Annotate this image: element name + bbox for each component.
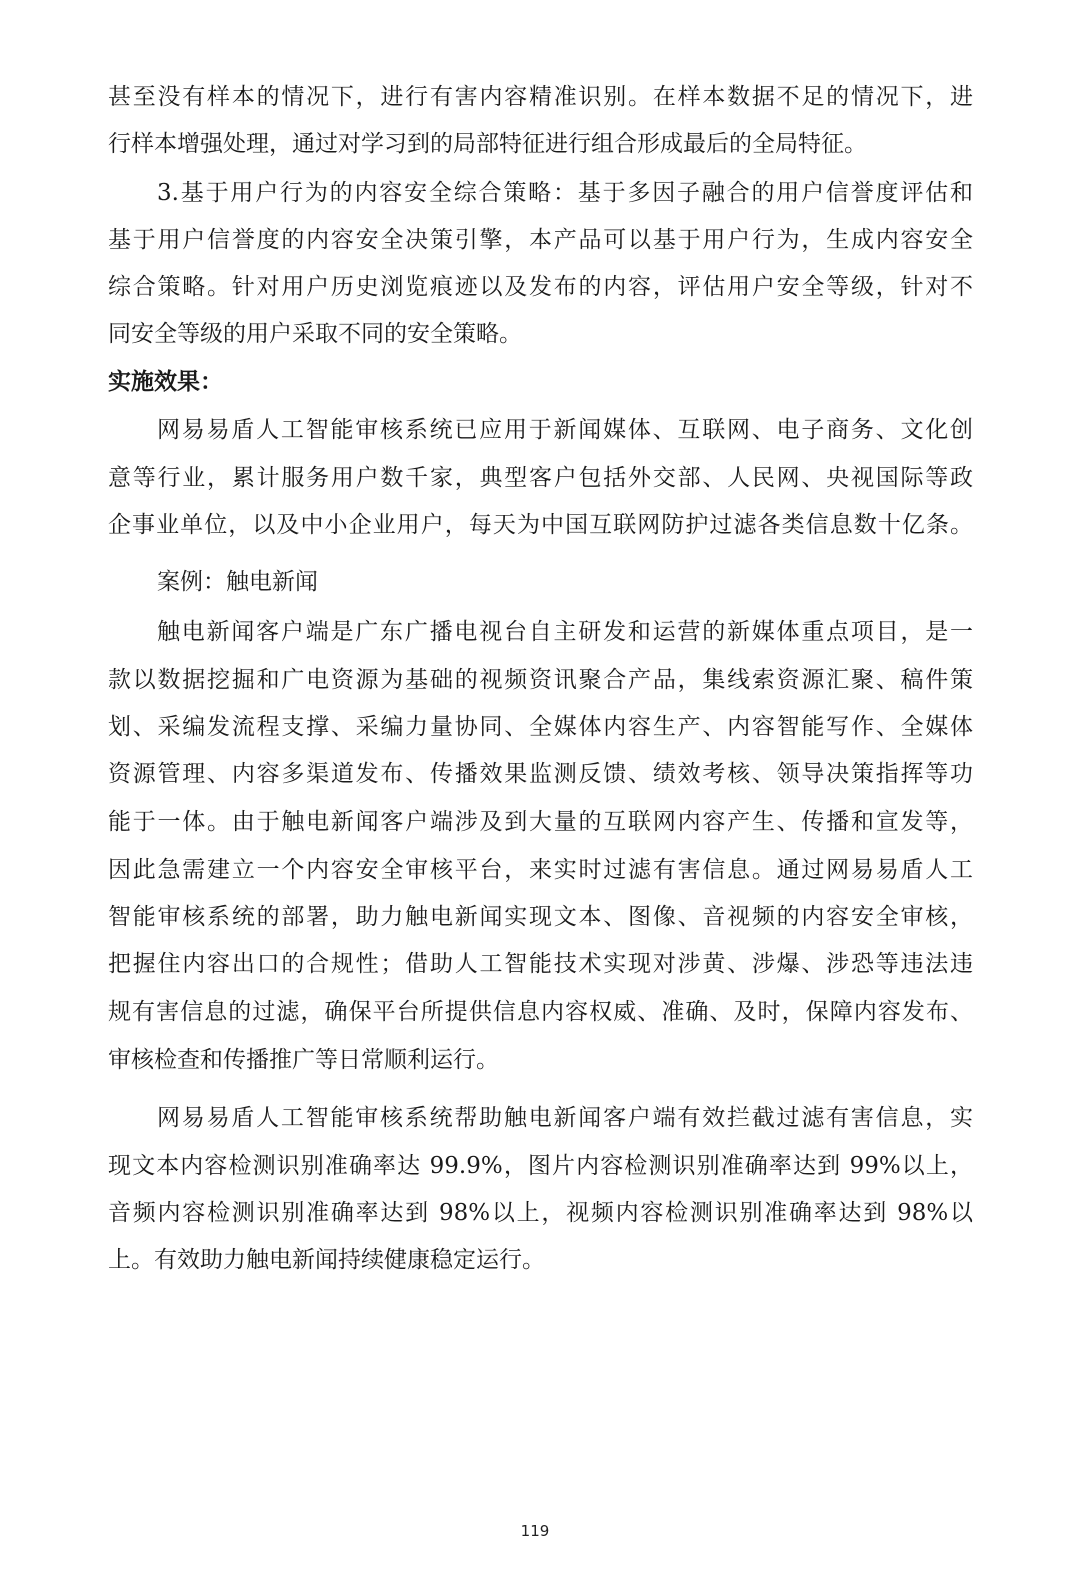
- document-page: 甚至没有样本的情况下，进行有害内容精准识别。在样本数据不足的情况下，进 行样本增…: [0, 0, 1070, 1570]
- page-number: 119: [0, 1522, 1070, 1540]
- paragraph-2-line-2: 基于用户信誉度的内容安全决策引擎，本产品可以基于用户行为，生成内容安全: [108, 220, 973, 260]
- case-label: 案例：触电新闻: [157, 562, 973, 602]
- paragraph-1-line-1: 甚至没有样本的情况下，进行有害内容精准识别。在样本数据不足的情况下，进: [108, 77, 973, 117]
- paragraph-5-line-1: 触电新闻客户端是广东广播电视台自主研发和运营的新媒体重点项目，是一: [157, 612, 973, 652]
- paragraph-5-line-9: 规有害信息的过滤，确保平台所提供信息内容权威、准确、及时，保障内容发布、: [108, 992, 973, 1032]
- paragraph-3-line-1: 网易易盾人工智能审核系统已应用于新闻媒体、互联网、电子商务、文化创: [157, 410, 973, 450]
- paragraph-6-line-2: 现文本内容检测识别准确率达 99.9%，图片内容检测识别准确率达到 99%以上，: [108, 1146, 973, 1186]
- paragraph-5-line-10: 审核检查和传播推广等日常顺利运行。: [108, 1040, 973, 1080]
- paragraph-5-line-7: 智能审核系统的部署，助力触电新闻实现文本、图像、音视频的内容安全审核，: [108, 897, 973, 937]
- paragraph-2-line-3: 综合策略。针对用户历史浏览痕迹以及发布的内容，评估用户安全等级，针对不: [108, 267, 973, 307]
- paragraph-5-line-2: 款以数据挖掘和广电资源为基础的视频资讯聚合产品，集线索资源汇聚、稿件策: [108, 660, 973, 700]
- paragraph-6-line-1: 网易易盾人工智能审核系统帮助触电新闻客户端有效拦截过滤有害信息，实: [157, 1098, 973, 1138]
- paragraph-6-line-4: 上。有效助力触电新闻持续健康稳定运行。: [108, 1240, 973, 1280]
- paragraph-6-line-3: 音频内容检测识别准确率达到 98%以上，视频内容检测识别准确率达到 98%以: [108, 1193, 973, 1233]
- paragraph-3-line-3: 企事业单位，以及中小企业用户，每天为中国互联网防护过滤各类信息数十亿条。: [108, 505, 973, 545]
- paragraph-1-line-2: 行样本增强处理，通过对学习到的局部特征进行组合形成最后的全局特征。: [108, 124, 973, 164]
- paragraph-3-line-2: 意等行业，累计服务用户数千家，典型客户包括外交部、人民网、央视国际等政: [108, 458, 973, 498]
- paragraph-5-line-6: 因此急需建立一个内容安全审核平台，来实时过滤有害信息。通过网易易盾人工: [108, 850, 973, 890]
- paragraph-5-line-4: 资源管理、内容多渠道发布、传播效果监测反馈、绩效考核、领导决策指挥等功: [108, 754, 973, 794]
- paragraph-2-line-4: 同安全等级的用户采取不同的安全策略。: [108, 314, 973, 354]
- paragraph-5-line-8: 把握住内容出口的合规性；借助人工智能技术实现对涉黄、涉爆、涉恐等违法违: [108, 944, 973, 984]
- paragraph-2-line-1: 3.基于用户行为的内容安全综合策略：基于多因子融合的用户信誉度评估和: [157, 173, 973, 213]
- paragraph-5-line-5: 能于一体。由于触电新闻客户端涉及到大量的互联网内容产生、传播和宣发等，: [108, 802, 973, 842]
- paragraph-5-line-3: 划、采编发流程支撑、采编力量协同、全媒体内容生产、内容智能写作、全媒体: [108, 707, 973, 747]
- section-heading-implementation-effect: 实施效果：: [108, 362, 973, 402]
